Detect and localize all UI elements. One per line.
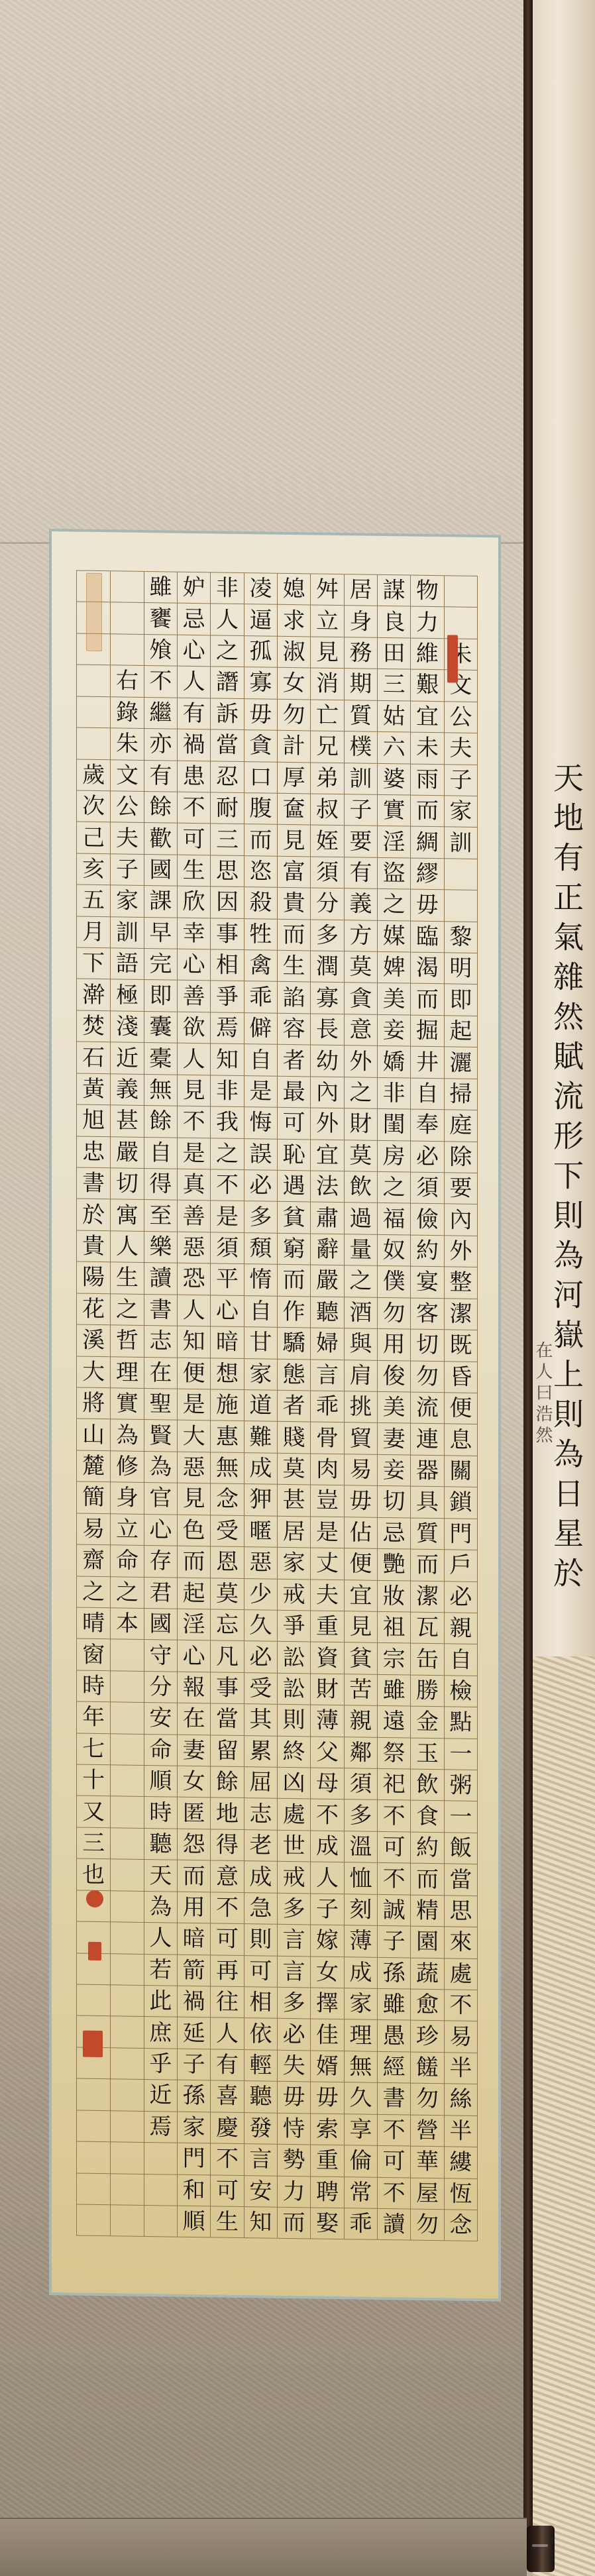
grid-cell: 多 <box>244 1201 277 1232</box>
grid-cell: 意 <box>211 1860 243 1892</box>
grid-cell: 貴 <box>278 887 310 919</box>
grid-cell: 凶 <box>278 1767 310 1799</box>
grid-cell: 宜 <box>311 1139 343 1171</box>
grid-cell: 雖 <box>378 1674 410 1706</box>
grid-cell: 金 <box>411 1706 443 1738</box>
grid-cell: 終 <box>278 1735 310 1767</box>
grid-cell: 欲 <box>178 1012 210 1044</box>
grid-cell: 瓦 <box>411 1611 443 1643</box>
grid-cell: 鎖 <box>445 1487 477 1519</box>
grid-cell: 嬌 <box>378 1046 410 1077</box>
grid-cell: 餘 <box>144 1105 177 1137</box>
grid-cell: 分 <box>144 1671 177 1703</box>
grid-cell <box>111 1670 143 1702</box>
grid-cell: 處 <box>445 1958 477 1990</box>
grid-cell: 檢 <box>445 1675 477 1707</box>
grid-cell <box>111 633 143 665</box>
grid-cell: 庭 <box>445 1109 477 1141</box>
grid-cell: 質 <box>411 1517 443 1549</box>
grid-cell: 與 <box>345 1328 377 1360</box>
grid-cell: 讀 <box>144 1262 177 1294</box>
grid-cell: 可 <box>278 1107 310 1139</box>
grid-cell: 身 <box>345 606 377 637</box>
grid-cell: 暗 <box>178 1923 210 1955</box>
grid-cell: 耐 <box>211 792 243 824</box>
grid-cell: 樸 <box>345 731 377 763</box>
grid-cell: 貧 <box>278 1201 310 1233</box>
grid-cell: 囊 <box>144 1011 177 1043</box>
grid-cell: 恐 <box>178 1263 210 1295</box>
grid-cell: 亥 <box>77 853 110 885</box>
grid-cell: 禍 <box>178 1986 210 2017</box>
character-grid: 歲次己亥五月下澣焚石黃旭忠書於貴陽花溪大將山麓簡易齋之晴窗時年七十又三也右錄朱文… <box>76 570 478 2241</box>
grid-cell: 修 <box>111 1450 143 1482</box>
grid-cell: 肉 <box>311 1453 343 1485</box>
grid-cell: 心 <box>144 1514 177 1546</box>
grid-cell: 孫 <box>378 1957 410 1988</box>
grid-cell: 遇 <box>278 1170 310 1202</box>
grid-cell: 艷 <box>378 1548 410 1580</box>
grid-cell: 凌 <box>244 573 277 604</box>
grid-cell: 自 <box>244 1044 277 1075</box>
grid-cell: 便 <box>445 1392 477 1424</box>
grid-cell: 人 <box>311 1862 343 1894</box>
grid-cell: 有 <box>144 759 177 791</box>
grid-cell: 患 <box>178 760 210 792</box>
grid-cell: 留 <box>211 1735 243 1766</box>
grid-cell: 存 <box>144 1545 177 1577</box>
grid-cell: 資 <box>311 1642 343 1674</box>
grid-cell: 女 <box>178 1766 210 1798</box>
grid-cell: 言 <box>278 1924 310 1956</box>
grid-cell: 必 <box>278 2018 310 2050</box>
grid-cell: 玉 <box>411 1737 443 1769</box>
grid-cell: 訟 <box>278 1641 310 1673</box>
grid-cell: 悔 <box>244 1106 277 1138</box>
grid-cell: 不 <box>378 1862 410 1894</box>
grid-cell: 在 <box>178 1703 210 1735</box>
grid-cell: 善 <box>178 980 210 1012</box>
grid-cell: 掃 <box>445 1078 477 1110</box>
grid-cell: 謀 <box>378 575 410 606</box>
grid-cell: 當 <box>445 1864 477 1896</box>
grid-cell: 點 <box>445 1706 477 1738</box>
grid-cell: 勿 <box>278 698 310 730</box>
grid-cell: 歡 <box>144 822 177 854</box>
grid-cell: 難 <box>244 1421 277 1452</box>
grid-cell: 須 <box>345 1768 377 1799</box>
grid-cell: 餘 <box>144 791 177 823</box>
grid-cell: 妝 <box>378 1580 410 1611</box>
grid-cell: 則 <box>278 1704 310 1736</box>
grid-cell: 久 <box>244 1609 277 1641</box>
grid-cell <box>111 1827 143 1859</box>
grid-cell: 維 <box>411 637 443 669</box>
grid-cell: 子 <box>111 853 143 885</box>
grid-cell: 甘 <box>244 1326 277 1358</box>
grid-cell <box>77 727 110 759</box>
grid-cell: 之 <box>345 1077 377 1108</box>
grid-cell <box>144 2173 177 2205</box>
grid-cell: 力 <box>411 606 443 638</box>
grid-cell: 福 <box>378 1203 410 1234</box>
grid-cell: 延 <box>178 2017 210 2049</box>
grid-cell: 匿 <box>178 1797 210 1829</box>
grid-cell: 大 <box>178 1420 210 1452</box>
grid-cell: 守 <box>144 1639 177 1671</box>
grid-cell: 夫 <box>311 1579 343 1611</box>
grid-cell: 便 <box>345 1548 377 1580</box>
grid-cell: 經 <box>378 2051 410 2083</box>
grid-cell: 可 <box>178 823 210 855</box>
grid-cell: 房 <box>378 1140 410 1171</box>
grid-cell: 焉 <box>144 2111 177 2143</box>
grid-cell: 飲 <box>345 1171 377 1203</box>
grid-cell: 貴 <box>77 1230 110 1261</box>
grid-cell: 缶 <box>411 1643 443 1675</box>
grid-cell: 見 <box>278 824 310 856</box>
grid-cell: 而 <box>178 1860 210 1892</box>
grid-cell: 豈 <box>311 1485 343 1517</box>
grid-cell: 淺 <box>111 1010 143 1042</box>
grid-cell: 絲 <box>445 2084 477 2116</box>
grid-cell: 則 <box>244 1923 277 1955</box>
grid-cell: 是 <box>178 1389 210 1421</box>
grid-cell: 想 <box>211 1358 243 1389</box>
grid-cell: 有 <box>345 857 377 888</box>
grid-cell: 得 <box>211 1829 243 1860</box>
grid-cell: 恣 <box>244 855 277 887</box>
grid-cell: 焉 <box>211 1012 243 1044</box>
grid-cell: 文 <box>111 759 143 791</box>
grid-cell: 婆 <box>378 763 410 794</box>
grid-cell: 人 <box>211 2017 243 2049</box>
grid-cell: 作 <box>278 1295 310 1327</box>
grid-cell: 而 <box>178 1546 210 1578</box>
grid-cell: 發 <box>244 2112 277 2144</box>
grid-cell: 成 <box>311 1830 343 1862</box>
grid-cell: 不 <box>378 2176 410 2208</box>
grid-cell: 惡 <box>244 1546 277 1578</box>
grid-cell: 身 <box>111 1481 143 1513</box>
grid-cell: 國 <box>144 1608 177 1640</box>
grid-cell: 不 <box>144 665 177 697</box>
grid-cell: 無 <box>345 2051 377 2082</box>
grid-cell: 言 <box>244 2143 277 2175</box>
grid-cell: 訴 <box>211 698 243 729</box>
bottom-roller <box>0 2518 527 2576</box>
grid-cell: 樂 <box>144 1231 177 1263</box>
grid-cell: 聽 <box>311 1296 343 1328</box>
grid-cell: 愈 <box>411 1989 443 2021</box>
grid-cell: 者 <box>278 1044 310 1076</box>
grid-cell: 莫 <box>345 1140 377 1171</box>
grid-cell: 流 <box>411 1392 443 1424</box>
grid-cell: 三 <box>77 1827 110 1858</box>
grid-cell: 欣 <box>178 886 210 918</box>
grid-cell <box>111 602 143 634</box>
grid-cell: 見 <box>178 1483 210 1515</box>
grid-cell: 人 <box>211 604 243 635</box>
grid-cell: 器 <box>411 1454 443 1486</box>
grid-cell: 而 <box>411 1549 443 1581</box>
grid-cell: 乎 <box>144 2048 177 2080</box>
grid-cell: 整 <box>445 1267 477 1299</box>
grid-cell: 再 <box>211 1955 243 1986</box>
grid-cell: 少 <box>244 1578 277 1610</box>
grid-cell <box>111 1733 143 1765</box>
grid-cell: 居 <box>278 1515 310 1547</box>
grid-cell: 實 <box>378 794 410 826</box>
grid-cell: 莫 <box>278 1453 310 1485</box>
grid-cell: 又 <box>77 1796 110 1827</box>
grid-cell: 園 <box>411 1926 443 1958</box>
grid-column: 物力維艱宜未雨而綢繆毋臨渴而掘井自奉必須儉約宴客切勿流連器具質而潔瓦缶勝金玉飲食… <box>410 576 443 2241</box>
grid-cell: 薄 <box>311 1705 343 1737</box>
grid-cell: 成 <box>244 1452 277 1484</box>
grid-cell: 而 <box>278 2207 310 2239</box>
grid-cell: 辭 <box>311 1233 343 1265</box>
grid-cell: 語 <box>111 947 143 979</box>
grid-cell: 淫 <box>378 826 410 857</box>
grid-cell: 親 <box>345 1705 377 1737</box>
grid-cell: 可 <box>244 1955 277 1987</box>
grid-cell: 人 <box>178 1294 210 1326</box>
grid-cell: 妒 <box>178 572 210 604</box>
grid-cell <box>77 696 110 727</box>
roller-knob-icon <box>527 2526 555 2572</box>
grid-cell: 必 <box>411 1140 443 1172</box>
grid-cell: 田 <box>378 637 410 669</box>
grid-cell: 得 <box>144 1168 177 1200</box>
grid-cell: 受 <box>244 1672 277 1704</box>
grid-cell: 立 <box>111 1513 143 1545</box>
grid-cell: 乖 <box>311 1390 343 1422</box>
grid-cell: 不 <box>178 1106 210 1138</box>
grid-cell: 石 <box>77 1042 110 1073</box>
grid-cell: 儉 <box>411 1203 443 1235</box>
grid-cell: 不 <box>311 1799 343 1831</box>
grid-cell: 言 <box>311 1359 343 1391</box>
grid-cell: 之 <box>211 1138 243 1169</box>
grid-cell: 不 <box>378 2114 410 2146</box>
grid-cell: 之 <box>211 635 243 667</box>
grid-cell: 叔 <box>311 793 343 825</box>
grid-cell: 須 <box>211 1232 243 1263</box>
grid-cell: 自 <box>411 1077 443 1109</box>
grid-cell: 心 <box>178 634 210 666</box>
grid-cell: 宴 <box>411 1266 443 1298</box>
grid-cell <box>77 1984 110 2016</box>
grid-cell: 門 <box>445 1518 477 1550</box>
grid-cell: 酒 <box>345 1297 377 1328</box>
grid-cell: 誠 <box>378 1894 410 1926</box>
grid-cell: 是 <box>211 1201 243 1232</box>
grid-cell: 惡 <box>178 1451 210 1483</box>
grid-cell: 繼 <box>144 697 177 729</box>
grid-cell: 老 <box>244 1829 277 1861</box>
leading-seal-icon <box>447 635 458 682</box>
grid-cell: 理 <box>111 1356 143 1388</box>
grid-cell <box>111 2110 143 2142</box>
grid-cell: 嫁 <box>311 1925 343 1957</box>
grid-cell <box>445 858 477 890</box>
grid-cell: 見 <box>178 1074 210 1106</box>
grid-cell: 財 <box>311 1673 343 1705</box>
grid-cell: 必 <box>244 1169 277 1201</box>
grid-cell: 恆 <box>445 2178 477 2210</box>
grid-cell: 受 <box>211 1515 243 1546</box>
grid-cell: 是 <box>178 1137 210 1169</box>
grid-cell: 俊 <box>378 1360 410 1391</box>
grid-cell: 挑 <box>345 1391 377 1422</box>
grid-cell: 宜 <box>411 700 443 732</box>
grid-cell: 可 <box>211 1923 243 1955</box>
grid-column: 右錄朱文公夫子家訓語極淺近義甚嚴切寓人生之哲理實為修身立命之本 <box>110 571 143 2236</box>
grid-cell: 思 <box>445 1895 477 1927</box>
grid-cell: 力 <box>278 2175 310 2207</box>
grid-cell: 書 <box>144 1294 177 1326</box>
grid-cell: 此 <box>144 1985 177 2017</box>
grid-cell: 己 <box>77 822 110 853</box>
grid-cell: 命 <box>111 1544 143 1576</box>
grid-cell: 食 <box>411 1800 443 1832</box>
grid-cell: 常 <box>345 2176 377 2208</box>
grid-cell: 為 <box>144 1451 177 1483</box>
grid-cell: 盜 <box>378 857 410 889</box>
grid-cell: 渴 <box>411 952 443 984</box>
grid-cell: 家 <box>445 795 477 827</box>
grid-cell: 書 <box>378 2082 410 2114</box>
adjacent-scroll-text: 天地有正氣雜然賦流形下則為河嶽上則為日星於 <box>543 762 590 1597</box>
grid-cell: 橐 <box>144 1042 177 1074</box>
grid-cell: 息 <box>445 1424 477 1456</box>
grid-cell: 方 <box>345 920 377 951</box>
grid-cell <box>111 2047 143 2079</box>
grid-cell: 而 <box>411 983 443 1015</box>
grid-cell: 子 <box>311 1893 343 1925</box>
grid-cell <box>77 2173 110 2204</box>
grid-cell: 恤 <box>345 1862 377 1894</box>
grid-cell: 十 <box>77 1764 110 1796</box>
grid-cell: 爭 <box>278 1610 310 1642</box>
grid-cell: 不 <box>445 1989 477 2021</box>
grid-cell: 時 <box>77 1670 110 1701</box>
grid-cell: 不 <box>211 1892 243 1923</box>
grid-cell: 容 <box>278 1013 310 1045</box>
grid-cell: 井 <box>411 1046 443 1078</box>
grid-cell: 順 <box>178 2206 210 2237</box>
grid-cell: 旭 <box>77 1104 110 1136</box>
grid-cell: 貿 <box>345 1422 377 1454</box>
grid-cell <box>77 2078 110 2110</box>
grid-cell: 僕 <box>378 1265 410 1297</box>
grid-cell: 閨 <box>378 1108 410 1140</box>
grid-cell: 近 <box>111 1042 143 1074</box>
grid-cell: 肅 <box>311 1202 343 1234</box>
grid-cell: 良 <box>378 606 410 637</box>
grid-cell: 愚 <box>378 2019 410 2051</box>
grid-cell: 姪 <box>311 825 343 857</box>
grid-cell: 多 <box>278 1892 310 1924</box>
grid-cell: 言 <box>278 1955 310 1987</box>
grid-cell: 月 <box>77 916 110 947</box>
grid-cell: 時 <box>144 1796 177 1828</box>
grid-cell: 賤 <box>278 1421 310 1453</box>
grid-cell: 婿 <box>311 2050 343 2082</box>
grid-cell: 義 <box>345 888 377 920</box>
grid-cell: 完 <box>144 948 177 980</box>
grid-cell: 子 <box>178 2048 210 2080</box>
grid-cell: 忘 <box>211 1609 243 1640</box>
grid-cell: 無 <box>211 1452 243 1483</box>
grid-cell: 七 <box>77 1733 110 1764</box>
grid-cell: 順 <box>144 1765 177 1797</box>
grid-cell: 鄰 <box>345 1737 377 1768</box>
grid-cell: 之 <box>345 1265 377 1297</box>
grid-cell: 道 <box>244 1389 277 1421</box>
grid-cell: 誤 <box>244 1138 277 1170</box>
grid-cell: 忍 <box>211 761 243 792</box>
grid-cell: 可 <box>211 2174 243 2206</box>
grid-cell: 切 <box>111 1167 143 1199</box>
grid-cell: 而 <box>278 1264 310 1296</box>
grid-cell: 不 <box>178 792 210 824</box>
grid-cell: 狎 <box>244 1483 277 1515</box>
grid-cell: 消 <box>311 668 343 700</box>
grid-cell: 禍 <box>178 729 210 761</box>
grid-cell: 地 <box>211 1798 243 1829</box>
grid-cell <box>111 1701 143 1733</box>
grid-cell: 媳 <box>278 574 310 605</box>
grid-cell <box>77 2141 110 2173</box>
grid-cell <box>111 1639 143 1671</box>
grid-cell: 頹 <box>244 1232 277 1264</box>
grid-cell: 薄 <box>345 1925 377 1957</box>
grid-cell: 即 <box>445 984 477 1016</box>
grid-cell: 是 <box>311 1516 343 1548</box>
grid-cell: 姑 <box>378 700 410 732</box>
grid-cell: 窮 <box>278 1233 310 1265</box>
grid-cell: 勢 <box>278 2144 310 2176</box>
grid-cell: 訓 <box>345 763 377 794</box>
grid-cell: 關 <box>445 1455 477 1487</box>
grid-cell: 外 <box>311 1108 343 1140</box>
grid-cell: 母 <box>311 1767 343 1799</box>
grid-column: 居身務期質樸訓子要有義方莫貪意外之財莫飲過量之酒與肩挑貿易毋佔便宜見貧苦親鄰須多… <box>344 574 377 2239</box>
grid-cell: 下 <box>77 947 110 979</box>
grid-cell <box>111 1859 143 1891</box>
grid-cell <box>111 2173 143 2205</box>
grid-cell: 長 <box>311 1013 343 1045</box>
grid-cell: 窗 <box>77 1638 110 1670</box>
grid-cell: 必 <box>445 1581 477 1613</box>
grid-cell: 毋 <box>244 698 277 730</box>
grid-cell: 事 <box>211 918 243 949</box>
grid-cell: 心 <box>178 1640 210 1672</box>
grid-cell: 寡 <box>244 667 277 698</box>
grid-cell: 聖 <box>144 1388 177 1420</box>
grid-cell: 內 <box>445 1204 477 1236</box>
grid-cell: 往 <box>211 1986 243 2017</box>
grid-cell: 用 <box>378 1328 410 1360</box>
grid-cell: 雖 <box>378 1988 410 2020</box>
grid-cell: 忠 <box>77 1136 110 1167</box>
grid-cell: 女 <box>311 1956 343 1988</box>
grid-cell: 淑 <box>278 636 310 668</box>
grid-cell: 飯 <box>445 1832 477 1864</box>
grid-cell: 貧 <box>345 1642 377 1674</box>
